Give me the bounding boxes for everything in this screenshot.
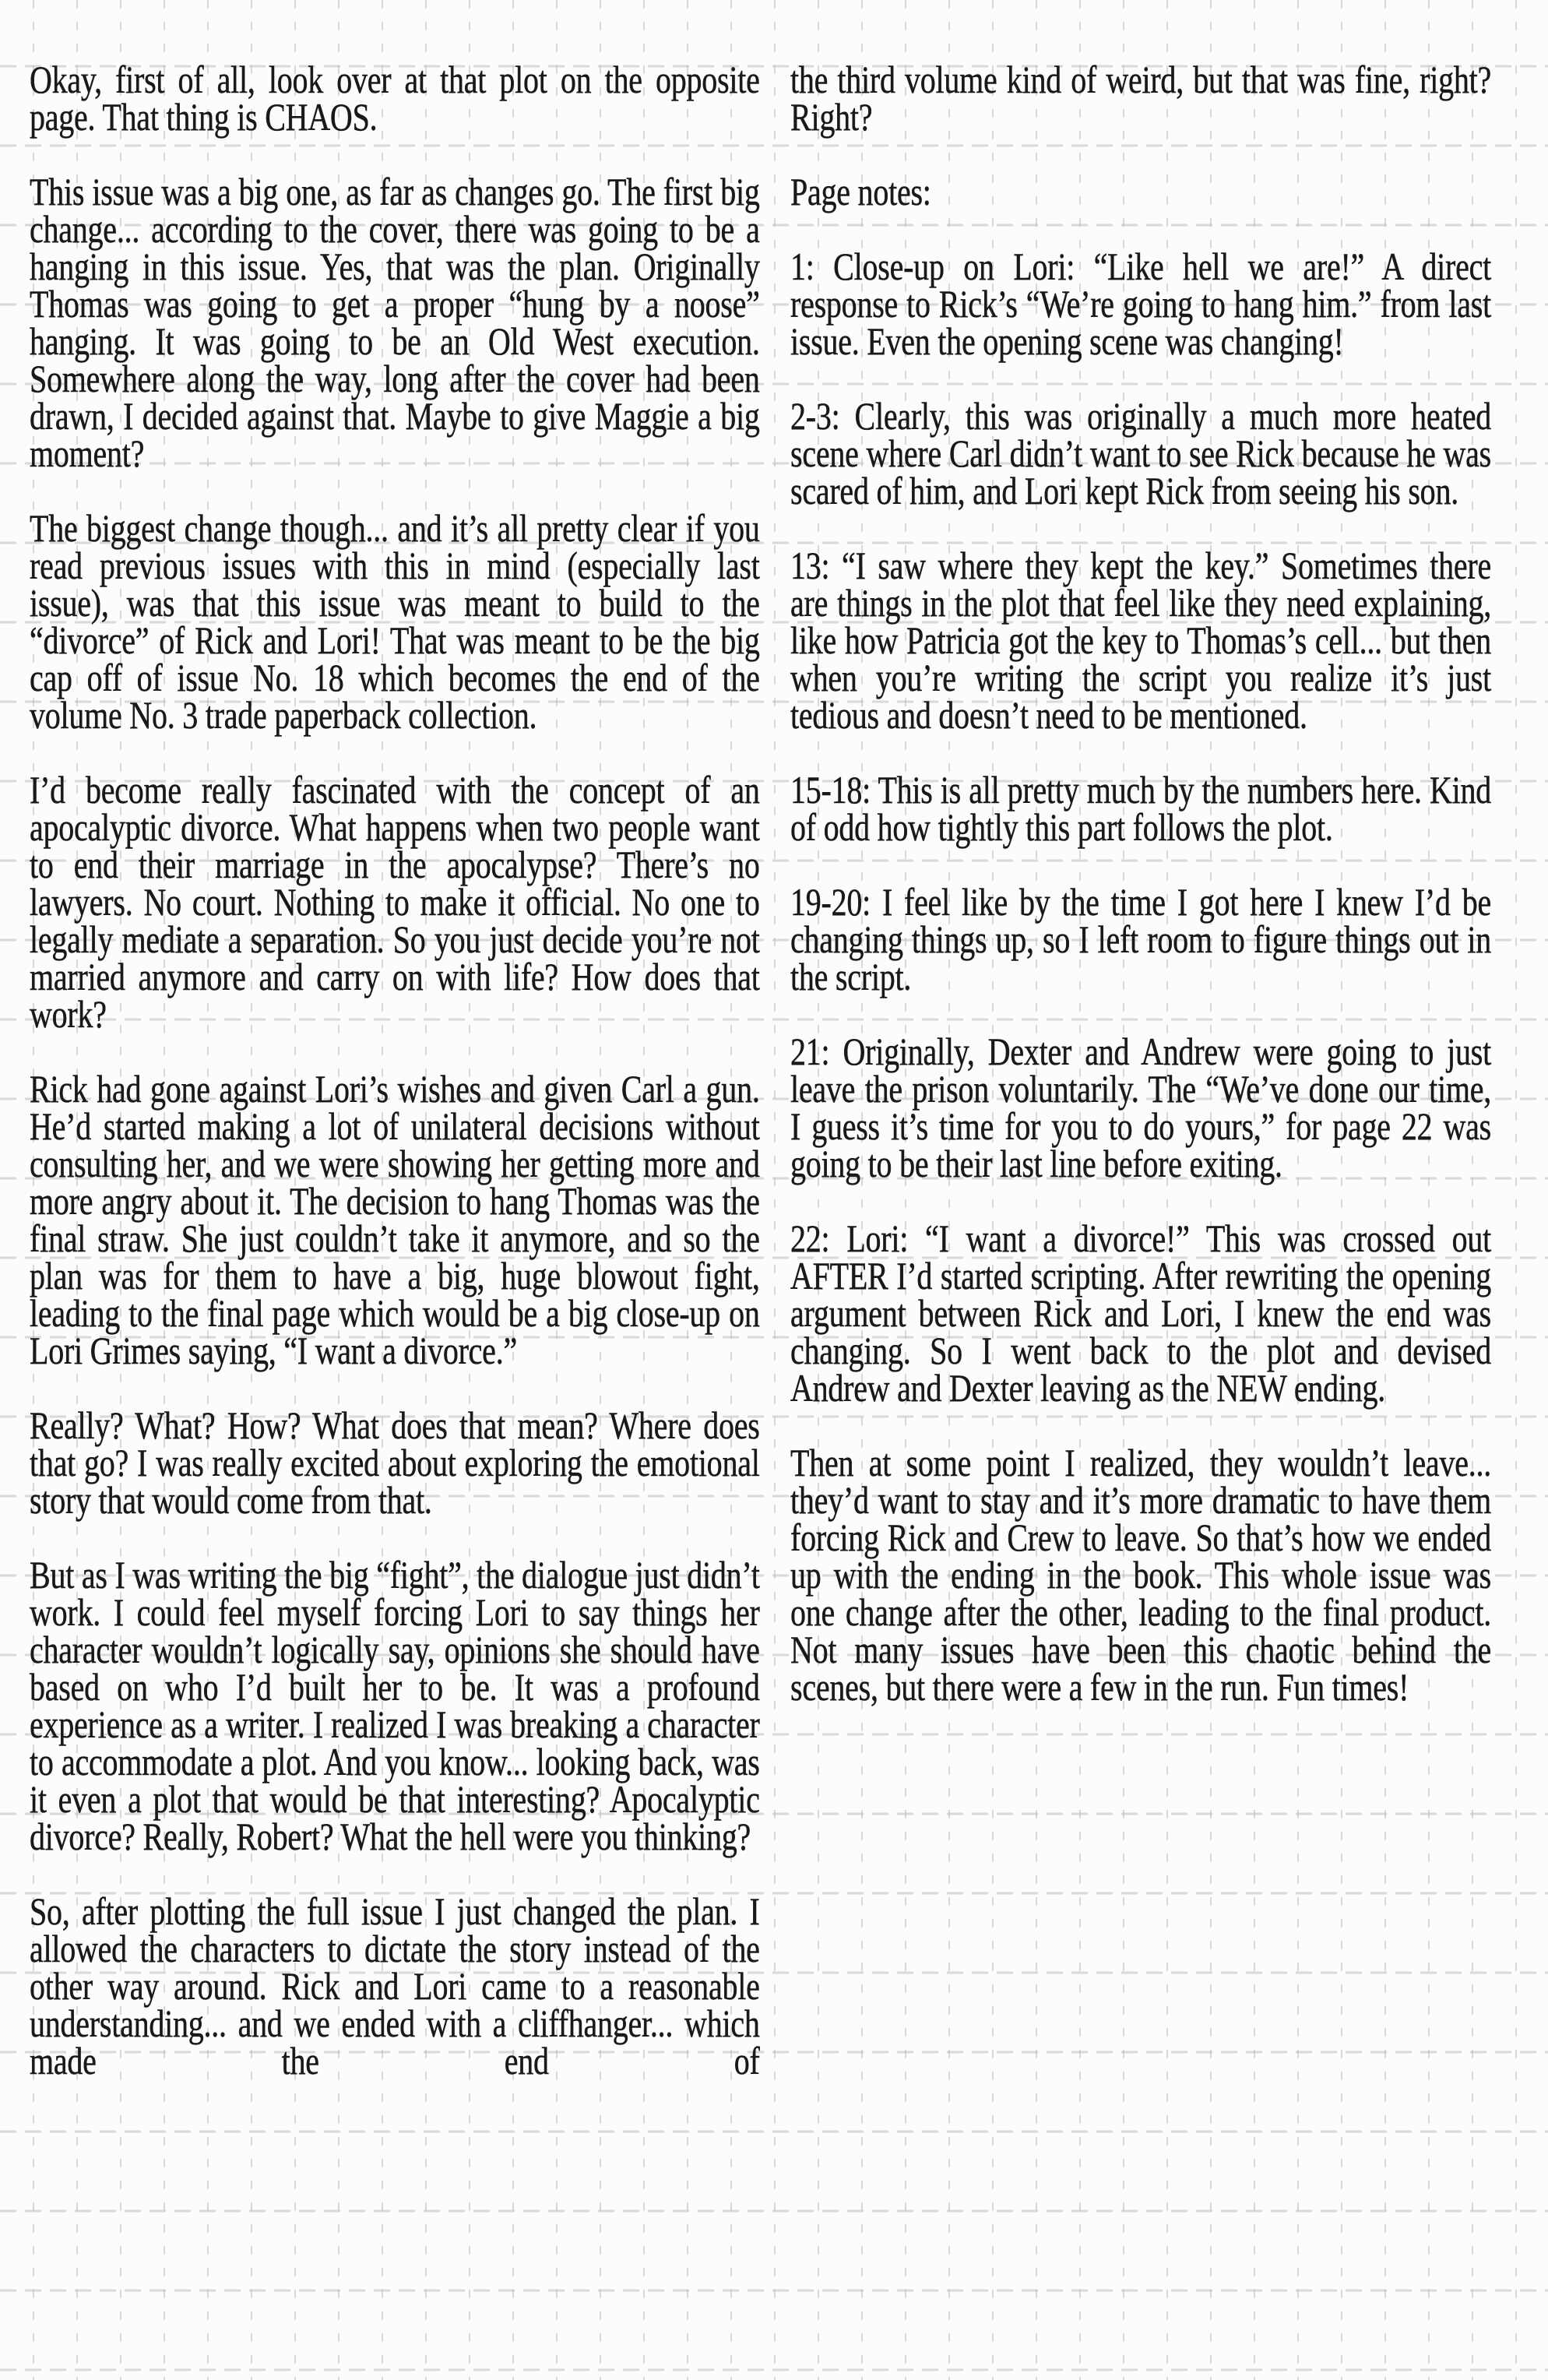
paragraph: 1: Close-up on Lori: “Like hell we are!”… xyxy=(790,248,1491,360)
paragraph: Okay, first of all, look over at that pl… xyxy=(30,61,760,136)
paragraph: This issue was a big one, as far as chan… xyxy=(30,173,760,472)
paragraph: The biggest change though... and it’s al… xyxy=(30,509,760,734)
paragraph: I’d become really fascinated with the co… xyxy=(30,771,760,1033)
scanned-notes-page: { "colors": { "paper": "#fcfcfa", "ink":… xyxy=(0,0,1548,2380)
paragraph: Then at some point I realized, they woul… xyxy=(790,1444,1491,1706)
paragraph: the third volume kind of weird, but that… xyxy=(790,61,1491,136)
paragraph: 13: “I saw where they kept the key.” Som… xyxy=(790,547,1491,734)
paragraph: So, after plotting the full issue I just… xyxy=(30,1892,760,2079)
paragraph: Page notes: xyxy=(790,173,1491,210)
paragraph: 22: Lori: “I want a divorce!” This was c… xyxy=(790,1220,1491,1407)
paragraph: 19-20: I feel like by the time I got her… xyxy=(790,883,1491,995)
paragraph: Rick had gone against Lori’s wishes and … xyxy=(30,1070,760,1369)
paragraph: 15-18: This is all pretty much by the nu… xyxy=(790,771,1491,846)
column-left-text: Okay, first of all, look over at that pl… xyxy=(30,61,760,2079)
column-right-text: the third volume kind of weird, but that… xyxy=(790,61,1491,1706)
column-right: the third volume kind of weird, but that… xyxy=(790,61,1491,1743)
paragraph: Really? What? How? What does that mean? … xyxy=(30,1407,760,1519)
two-column-text: Okay, first of all, look over at that pl… xyxy=(30,61,1491,2350)
paragraph: But as I was writing the big “fight”, th… xyxy=(30,1556,760,1855)
column-left: Okay, first of all, look over at that pl… xyxy=(30,61,759,2117)
paragraph: 21: Originally, Dexter and Andrew were g… xyxy=(790,1033,1491,1182)
paragraph: 2-3: Clearly, this was originally a much… xyxy=(790,397,1491,509)
